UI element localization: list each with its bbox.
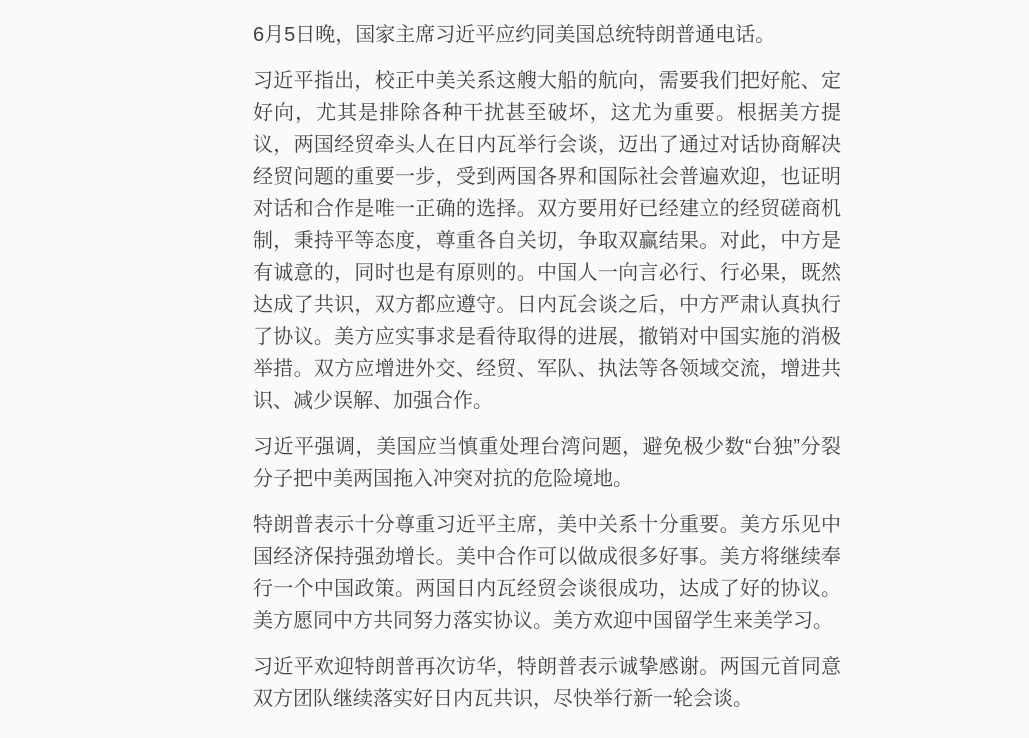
article-paragraph: 特朗普表示十分尊重习近平主席，美中关系十分重要。美方乐见中国经济保持强劲增长。美… — [253, 509, 841, 637]
article-body: 6月5日晚，国家主席习近平应约同美国总统特朗普通电话。 习近平指出，校正中美关系… — [253, 0, 841, 715]
article-paragraph: 习近平强调，美国应当慎重处理台湾问题，避免极少数“台独”分裂分子把中美两国拖入冲… — [253, 431, 841, 495]
article-paragraph: 习近平欢迎特朗普再次访华，特朗普表示诚挚感谢。两国元首同意双方团队继续落实好日内… — [253, 651, 841, 715]
article-paragraph: 习近平指出，校正中美关系这艘大船的航向，需要我们把好舵、定好向，尤其是排除各种干… — [253, 65, 841, 417]
article-paragraph: 6月5日晚，国家主席习近平应约同美国总统特朗普通电话。 — [253, 19, 841, 51]
